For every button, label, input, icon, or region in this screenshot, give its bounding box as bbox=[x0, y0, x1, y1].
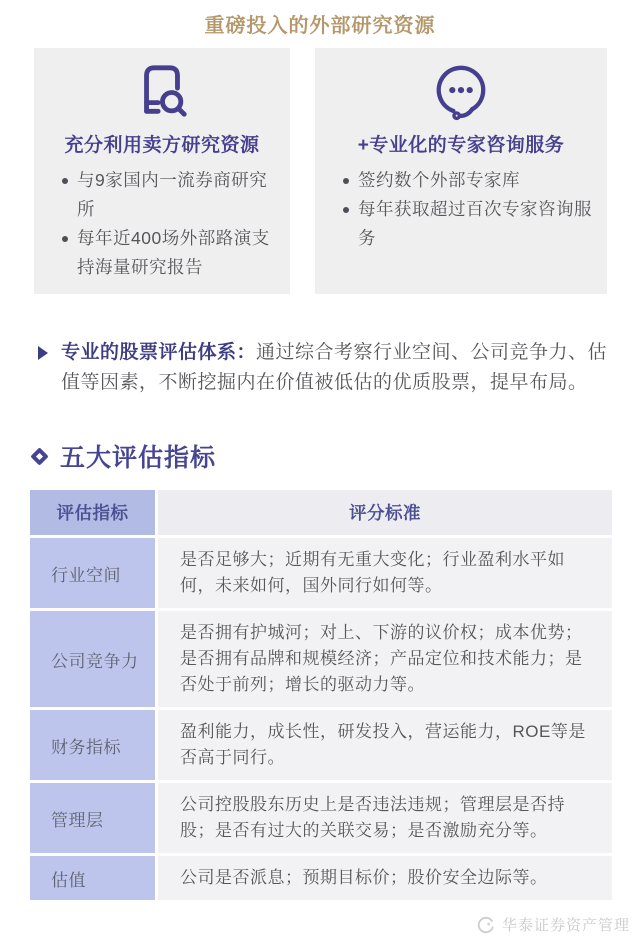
evaluation-table: 评估指标 评分标准 行业空间 是否足够大；近期有无重大变化；行业盈利水平如何，未… bbox=[30, 490, 612, 900]
page-title: 重磅投入的外部研究资源 bbox=[0, 0, 640, 38]
card-bullet-list: 签约数个外部专家库 每年获取超过百次专家咨询服务 bbox=[329, 166, 593, 253]
bullet-item: 每年近400场外部路演支持海量研究报告 bbox=[60, 224, 276, 282]
table-row-indicator: 估值 bbox=[30, 856, 155, 900]
table-row-indicator: 公司竞争力 bbox=[30, 611, 155, 707]
card-bullet-list: 与9家国内一流券商研究所 每年近400场外部路演支持海量研究报告 bbox=[48, 166, 276, 282]
document-magnifier-icon bbox=[48, 61, 276, 123]
bullet-text: 签约数个外部专家库 bbox=[358, 170, 520, 190]
table-row-criteria: 公司是否派息；预期目标价；股价安全边际等。 bbox=[158, 856, 612, 900]
section-title: 五大评估指标 bbox=[60, 438, 216, 474]
bullet-text: 每年获取超过百次专家咨询服务 bbox=[358, 199, 592, 248]
card-title: 充分利用卖方研究资源 bbox=[48, 130, 276, 157]
footer-text: 华泰证券资产管理 bbox=[502, 914, 630, 935]
table-row-criteria: 盈利能力，成长性，研发投入，营运能力，ROE等是否高于同行。 bbox=[158, 710, 612, 780]
bullet-item: 签约数个外部专家库 bbox=[341, 166, 593, 195]
triangle-bullet-icon bbox=[38, 346, 48, 360]
bullet-text: 与9家国内一流券商研究所 bbox=[77, 170, 267, 219]
card-expert-consulting: +专业化的专家咨询服务 签约数个外部专家库 每年获取超过百次专家咨询服务 bbox=[315, 48, 607, 294]
resource-cards: 充分利用卖方研究资源 与9家国内一流券商研究所 每年近400场外部路演支持海量研… bbox=[34, 48, 607, 294]
table-row-indicator: 管理层 bbox=[30, 783, 155, 853]
bullet-text: 每年近400场外部路演支持海量研究报告 bbox=[77, 228, 270, 277]
bullet-item: 与9家国内一流券商研究所 bbox=[60, 166, 276, 224]
diamond-icon bbox=[30, 447, 48, 465]
page: 重磅投入的外部研究资源 充分利用卖方研究资源 与9家国内一流券商研究所 每年近4… bbox=[0, 0, 640, 952]
huatai-logo-icon bbox=[477, 916, 495, 934]
card-sellside-research: 充分利用卖方研究资源 与9家国内一流券商研究所 每年近400场外部路演支持海量研… bbox=[34, 48, 290, 294]
table-row-indicator: 财务指标 bbox=[30, 710, 155, 780]
evaluation-intro: 专业的股票评估体系：通过综合考察行业空间、公司竞争力、估值等因素，不断挖掘内在价… bbox=[38, 338, 616, 398]
table-row-indicator: 行业空间 bbox=[30, 538, 155, 608]
table-row-criteria: 公司控股股东历史上是否违法违规；管理层是否持股；是否有过大的关联交易；是否激励充… bbox=[158, 783, 612, 853]
table-row-criteria: 是否足够大；近期有无重大变化；行业盈利水平如何，未来如何，国外同行如何等。 bbox=[158, 538, 612, 608]
card-title: +专业化的专家咨询服务 bbox=[329, 130, 593, 157]
section-header: 五大评估指标 bbox=[30, 438, 640, 474]
table-row-criteria: 是否拥有护城河；对上、下游的议价权；成本优势；是否拥有品牌和规模经济；产品定位和… bbox=[158, 611, 612, 707]
bullet-item: 每年获取超过百次专家咨询服务 bbox=[341, 195, 593, 253]
chat-expert-icon bbox=[329, 61, 593, 123]
table-header-indicator: 评估指标 bbox=[30, 490, 155, 535]
footer-watermark: 华泰证券资产管理 bbox=[0, 914, 640, 935]
table-header-criteria: 评分标准 bbox=[158, 490, 612, 535]
intro-lead: 专业的股票评估体系： bbox=[61, 342, 256, 363]
